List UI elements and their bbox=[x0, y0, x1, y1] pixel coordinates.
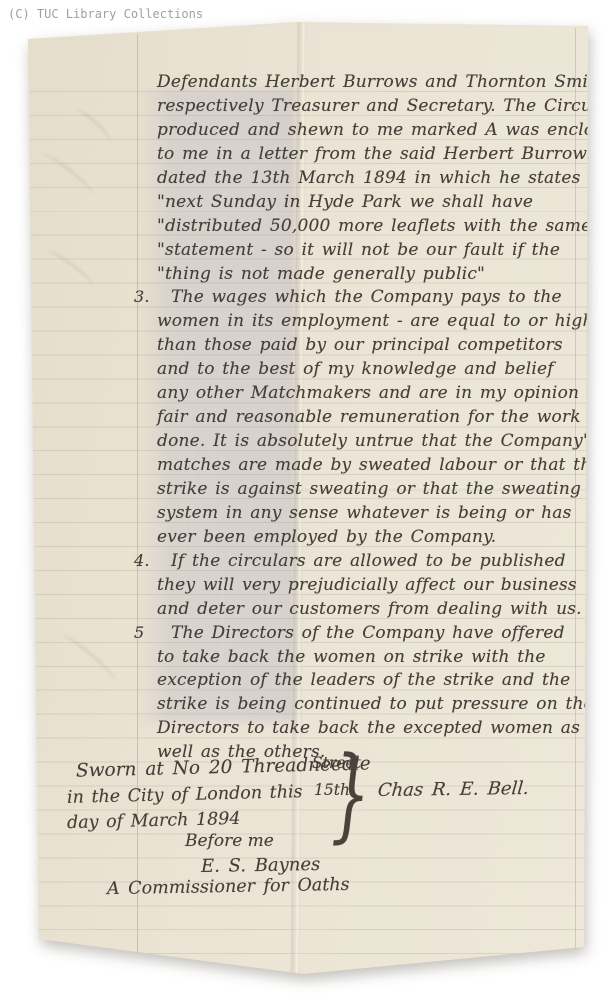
document-page: Defendants Herbert Burrows and Thornton … bbox=[0, 0, 615, 1000]
document-page-wrapper: Defendants Herbert Burrows and Thornton … bbox=[0, 0, 615, 1000]
paper-edge-shading bbox=[0, 0, 615, 1000]
